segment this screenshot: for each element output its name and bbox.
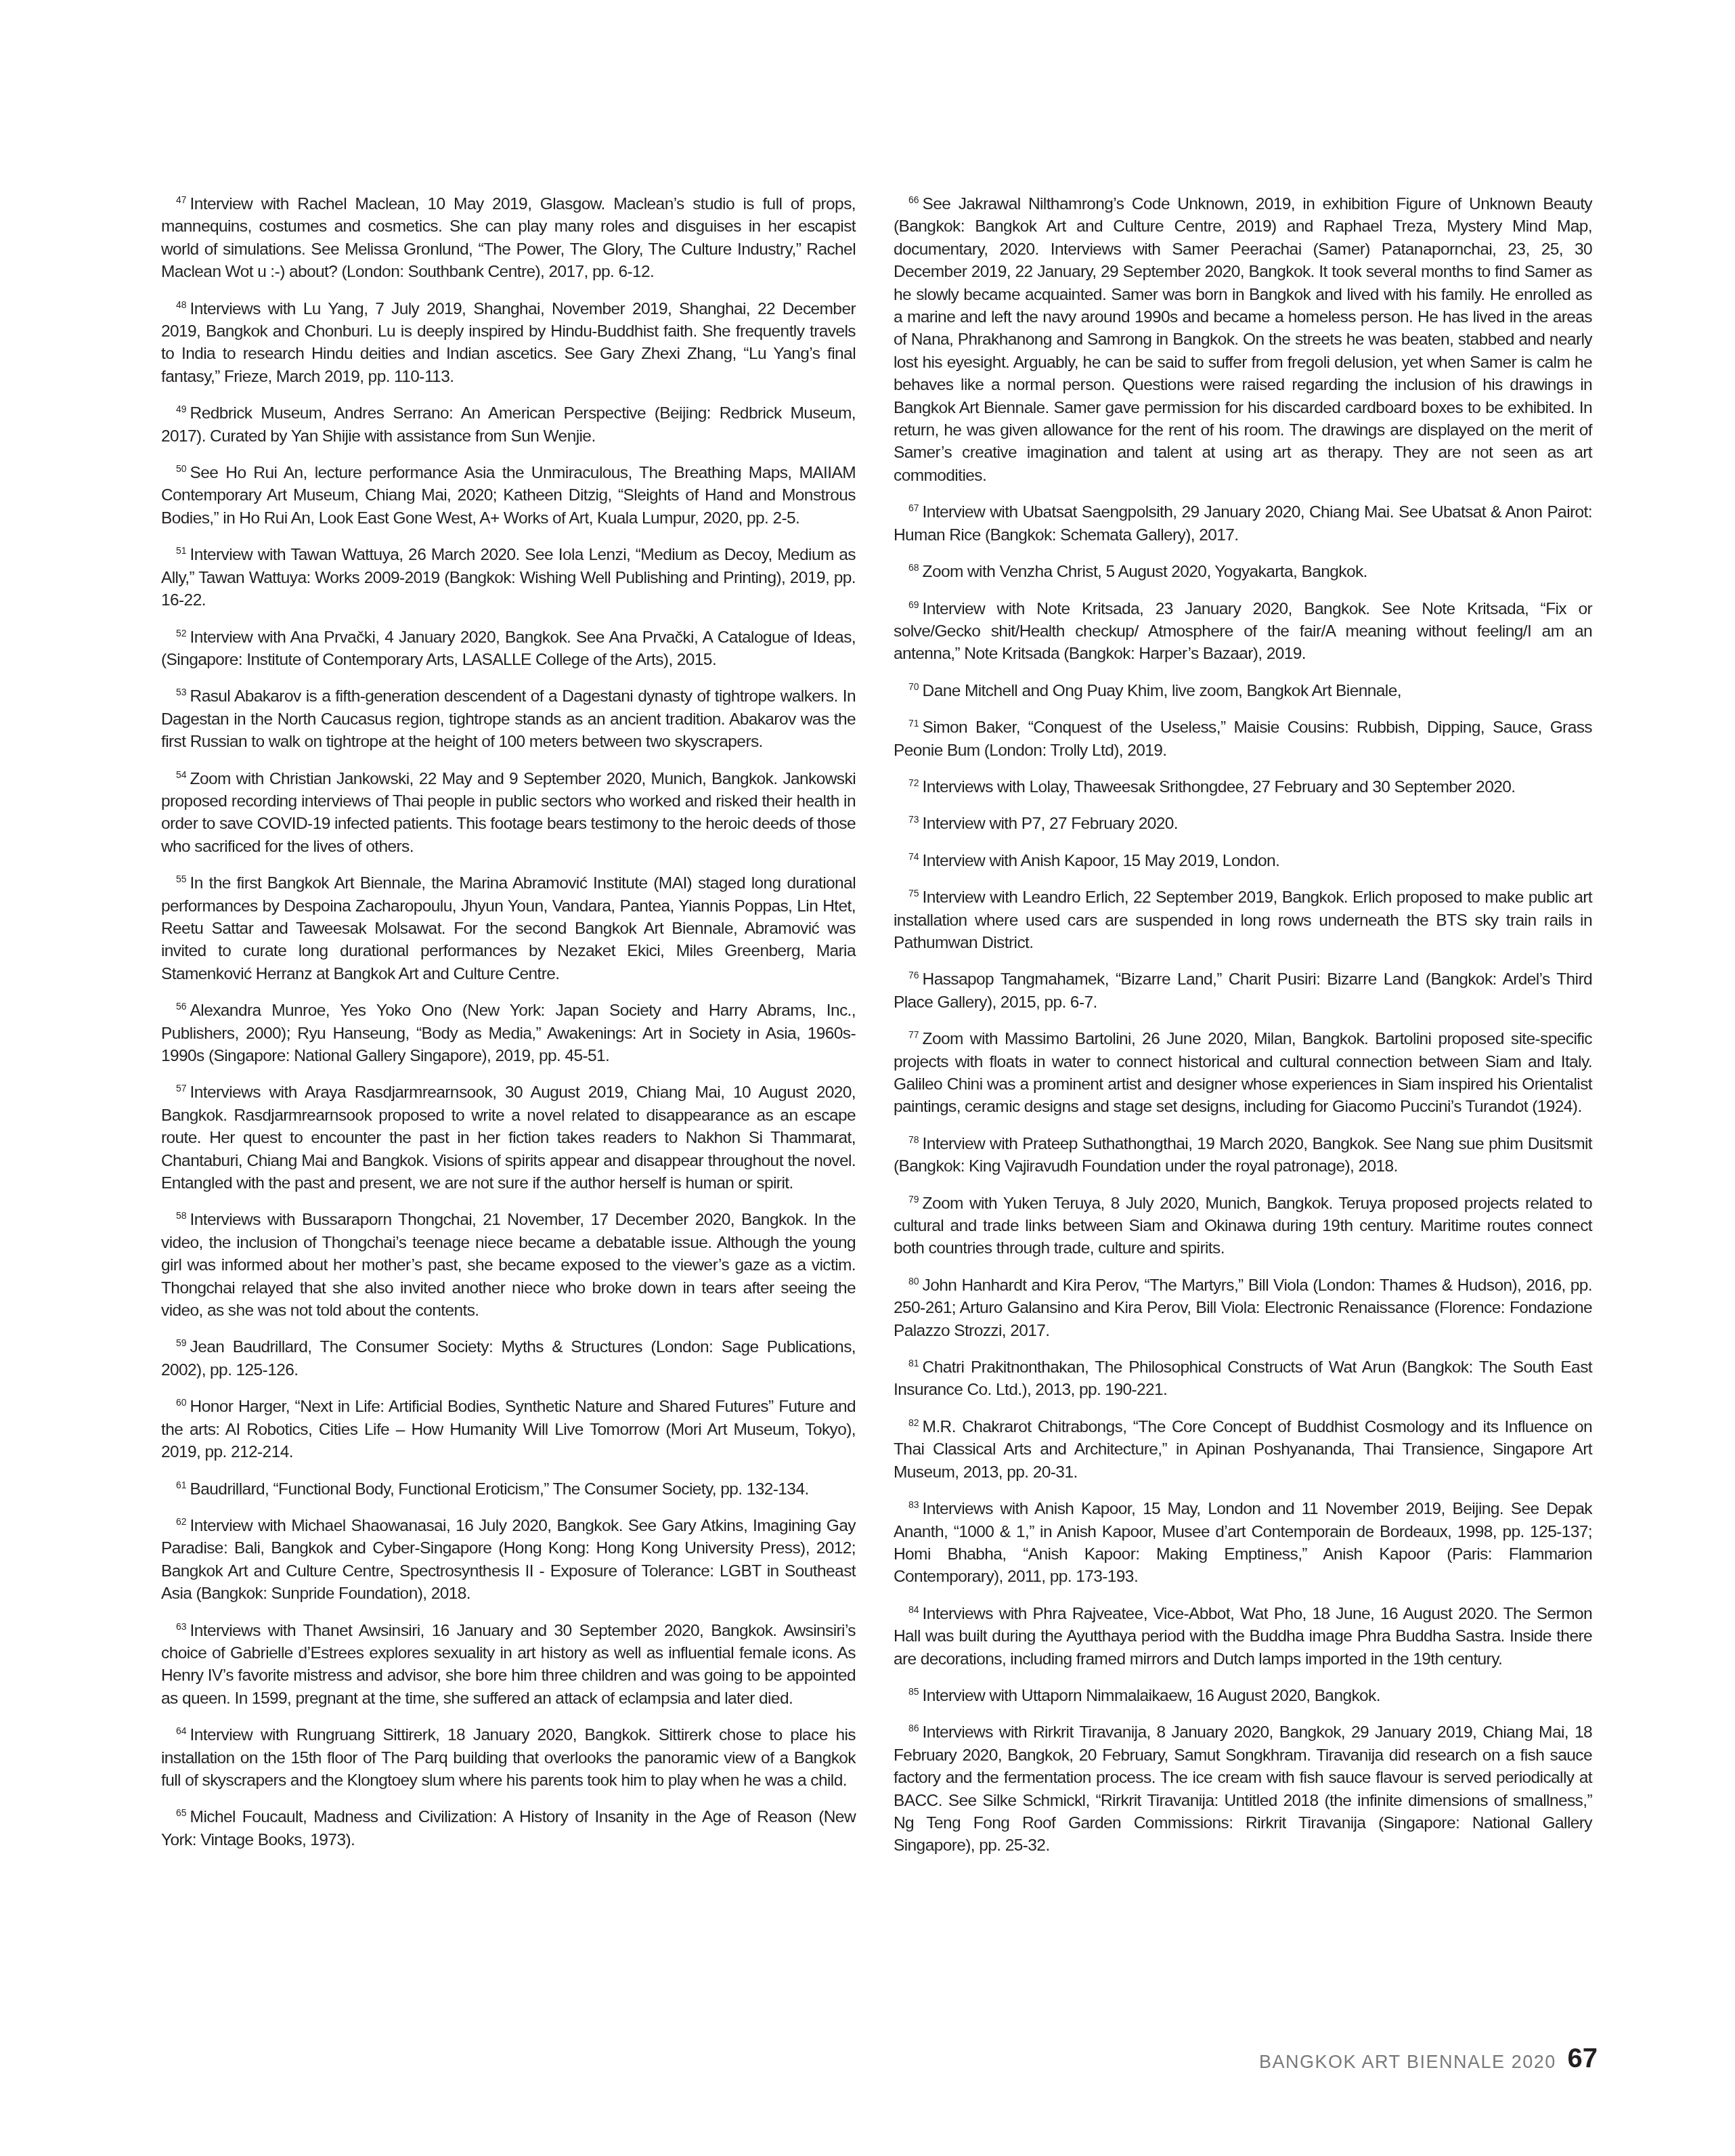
endnote-number: 72 [908, 777, 919, 788]
endnote-77: 77Zoom with Massimo Bartolini, 26 June 2… [894, 1028, 1592, 1119]
endnote-number: 67 [908, 502, 919, 513]
endnote-number: 57 [176, 1083, 187, 1094]
endnote-text: Honor Harger, “Next in Life: Artificial … [161, 1398, 856, 1461]
endnote-84: 84Interviews with Phra Rajveatee, Vice-A… [894, 1603, 1592, 1670]
endnote-number: 58 [176, 1210, 187, 1221]
endnote-number: 63 [176, 1621, 187, 1632]
endnote-text: Interview with Michael Shaowanasai, 16 J… [161, 1517, 856, 1603]
endnote-text: Interviews with Lolay, Thaweesak Srithon… [923, 778, 1516, 796]
endnote-70: 70Dane Mitchell and Ong Puay Khim, live … [894, 680, 1592, 702]
endnote-78: 78Interview with Prateep Suthathongthai,… [894, 1133, 1592, 1178]
endnote-83: 83Interviews with Anish Kapoor, 15 May, … [894, 1498, 1592, 1589]
endnote-number: 51 [176, 545, 187, 556]
endnote-text: Zoom with Venzha Christ, 5 August 2020, … [923, 563, 1367, 581]
page-footer: BANGKOK ART BIENNALE 2020 67 [1259, 2044, 1598, 2084]
endnote-number: 78 [908, 1134, 919, 1145]
endnote-text: See Ho Rui An, lecture performance Asia … [161, 464, 856, 527]
endnote-number: 77 [908, 1029, 919, 1040]
endnote-text: Baudrillard, “Functional Body, Functiona… [190, 1480, 809, 1499]
endnote-59: 59Jean Baudrillard, The Consumer Society… [161, 1336, 856, 1381]
endnote-47: 47Interview with Rachel Maclean, 10 May … [161, 193, 856, 284]
endnote-text: Interviews with Araya Rasdjarmrearnsook,… [161, 1083, 856, 1192]
endnote-number: 85 [908, 1686, 919, 1697]
endnote-number: 68 [908, 562, 919, 573]
endnote-65: 65Michel Foucault, Madness and Civilizat… [161, 1806, 856, 1851]
endnote-66: 66See Jakrawal Nilthamrong’s Code Unknow… [894, 193, 1592, 487]
endnote-number: 76 [908, 970, 919, 980]
endnote-53: 53Rasul Abakarov is a fifth-generation d… [161, 685, 856, 753]
endnote-text: Interviews with Thanet Awsinsiri, 16 Jan… [161, 1622, 856, 1708]
endnote-text: Interview with Leandro Erlich, 22 Septem… [894, 888, 1592, 952]
endnote-48: 48Interviews with Lu Yang, 7 July 2019, … [161, 298, 856, 389]
endnote-number: 55 [176, 874, 187, 884]
endnote-text: M.R. Chakrarot Chitrabongs, “The Core Co… [894, 1418, 1592, 1482]
endnote-82: 82M.R. Chakrarot Chitrabongs, “The Core … [894, 1416, 1592, 1484]
endnote-number: 71 [908, 718, 919, 729]
endnote-54: 54Zoom with Christian Jankowski, 22 May … [161, 768, 856, 859]
endnotes-right-column: 66See Jakrawal Nilthamrong’s Code Unknow… [894, 193, 1592, 1872]
endnote-number: 53 [176, 687, 187, 697]
endnote-50: 50See Ho Rui An, lecture performance Asi… [161, 462, 856, 530]
endnote-74: 74Interview with Anish Kapoor, 15 May 20… [894, 850, 1592, 872]
endnote-60: 60Honor Harger, “Next in Life: Artificia… [161, 1396, 856, 1463]
endnote-number: 61 [176, 1480, 187, 1490]
endnote-number: 60 [176, 1397, 187, 1408]
endnote-text: Interview with Tawan Wattuya, 26 March 2… [161, 546, 856, 609]
endnote-number: 86 [908, 1723, 919, 1733]
endnote-text: Interview with Rachel Maclean, 10 May 20… [161, 195, 856, 281]
endnote-number: 84 [908, 1604, 919, 1615]
endnote-text: Hassapop Tangmahamek, “Bizarre Land,” Ch… [894, 970, 1592, 1011]
endnote-text: Redbrick Museum, Andres Serrano: An Amer… [161, 404, 856, 445]
endnote-number: 73 [908, 814, 919, 825]
endnote-number: 80 [908, 1276, 919, 1287]
endnote-79: 79Zoom with Yuken Teruya, 8 July 2020, M… [894, 1192, 1592, 1260]
endnote-text: John Hanhardt and Kira Perov, “The Marty… [894, 1276, 1592, 1340]
endnote-69: 69Interview with Note Kritsada, 23 Janua… [894, 598, 1592, 666]
endnote-text: Interview with Note Kritsada, 23 January… [894, 600, 1592, 664]
endnote-76: 76Hassapop Tangmahamek, “Bizarre Land,” … [894, 968, 1592, 1014]
endnote-63: 63Interviews with Thanet Awsinsiri, 16 J… [161, 1620, 856, 1710]
endnote-75: 75Interview with Leandro Erlich, 22 Sept… [894, 886, 1592, 954]
endnote-56: 56Alexandra Munroe, Yes Yoko Ono (New Yo… [161, 999, 856, 1067]
endnote-58: 58Interviews with Bussaraporn Thongchai,… [161, 1209, 856, 1322]
endnote-text: Dane Mitchell and Ong Puay Khim, live zo… [923, 682, 1401, 700]
endnote-73: 73Interview with P7, 27 February 2020. [894, 813, 1592, 835]
endnote-text: Interviews with Rirkrit Tiravanija, 8 Ja… [894, 1723, 1592, 1855]
endnote-text: Interview with Prateep Suthathongthai, 1… [894, 1135, 1592, 1176]
endnotes-left-column: 47Interview with Rachel Maclean, 10 May … [161, 193, 856, 1866]
endnote-text: Zoom with Massimo Bartolini, 26 June 202… [894, 1030, 1592, 1116]
endnote-number: 59 [176, 1337, 187, 1348]
endnote-72: 72Interviews with Lolay, Thaweesak Srith… [894, 776, 1592, 798]
endnote-85: 85Interview with Uttaporn Nimmalaikaew, … [894, 1685, 1592, 1707]
endnote-number: 47 [176, 194, 187, 205]
page-number: 67 [1568, 2044, 1598, 2074]
endnote-text: Jean Baudrillard, The Consumer Society: … [161, 1338, 856, 1379]
endnote-number: 79 [908, 1194, 919, 1205]
endnote-text: Interview with Anish Kapoor, 15 May 2019… [923, 852, 1280, 870]
endnote-86: 86Interviews with Rirkrit Tiravanija, 8 … [894, 1721, 1592, 1857]
endnote-57: 57Interviews with Araya Rasdjarmrearnsoo… [161, 1081, 856, 1194]
endnote-text: Interview with Ubatsat Saengpolsith, 29 … [894, 503, 1592, 544]
endnote-80: 80John Hanhardt and Kira Perov, “The Mar… [894, 1274, 1592, 1342]
endnote-text: Simon Baker, “Conquest of the Useless,” … [894, 718, 1592, 759]
endnote-number: 82 [908, 1417, 919, 1428]
endnote-number: 81 [908, 1358, 919, 1368]
endnote-68: 68Zoom with Venzha Christ, 5 August 2020… [894, 561, 1592, 583]
endnote-67: 67Interview with Ubatsat Saengpolsith, 2… [894, 501, 1592, 546]
endnote-number: 56 [176, 1001, 187, 1012]
endnote-number: 50 [176, 463, 187, 474]
endnote-text: Alexandra Munroe, Yes Yoko Ono (New York… [161, 1001, 856, 1065]
endnote-text: Michel Foucault, Madness and Civilizatio… [161, 1808, 856, 1849]
endnote-text: Chatri Prakitnonthakan, The Philosophica… [894, 1358, 1592, 1399]
endnote-text: Zoom with Christian Jankowski, 22 May an… [161, 770, 856, 856]
endnote-text: Interview with Uttaporn Nimmalaikaew, 16… [923, 1687, 1380, 1705]
endnote-text: Interview with Rungruang Sittirerk, 18 J… [161, 1726, 856, 1790]
endnote-text: In the first Bangkok Art Biennale, the M… [161, 874, 856, 983]
document-page: 47Interview with Rachel Maclean, 10 May … [0, 0, 1735, 2156]
endnote-text: Zoom with Yuken Teruya, 8 July 2020, Mun… [894, 1194, 1592, 1258]
endnote-number: 48 [176, 299, 187, 310]
endnote-number: 69 [908, 599, 919, 610]
endnote-text: Interview with Ana Prvački, 4 January 20… [161, 628, 856, 669]
endnote-number: 75 [908, 888, 919, 899]
endnote-number: 66 [908, 194, 919, 205]
endnote-number: 65 [176, 1807, 187, 1818]
endnote-number: 62 [176, 1516, 187, 1527]
running-title: BANGKOK ART BIENNALE 2020 [1259, 2052, 1556, 2073]
endnote-text: Interviews with Bussaraporn Thongchai, 2… [161, 1211, 856, 1320]
endnote-number: 64 [176, 1725, 187, 1736]
endnote-text: Rasul Abakarov is a fifth-generation des… [161, 687, 856, 751]
endnote-81: 81Chatri Prakitnonthakan, The Philosophi… [894, 1356, 1592, 1402]
endnote-number: 74 [908, 851, 919, 862]
endnote-text: Interviews with Anish Kapoor, 15 May, Lo… [894, 1500, 1592, 1586]
endnote-number: 83 [908, 1499, 919, 1510]
endnote-51: 51Interview with Tawan Wattuya, 26 March… [161, 544, 856, 611]
endnote-number: 49 [176, 404, 187, 414]
endnote-64: 64Interview with Rungruang Sittirerk, 18… [161, 1724, 856, 1792]
endnote-62: 62Interview with Michael Shaowanasai, 16… [161, 1515, 856, 1605]
endnote-text: Interview with P7, 27 February 2020. [923, 815, 1178, 833]
endnote-text: See Jakrawal Nilthamrong’s Code Unknown,… [894, 195, 1592, 485]
endnote-text: Interviews with Phra Rajveatee, Vice-Abb… [894, 1605, 1592, 1668]
endnote-61: 61Baudrillard, “Functional Body, Functio… [161, 1478, 856, 1501]
endnote-text: Interviews with Lu Yang, 7 July 2019, Sh… [161, 300, 856, 386]
endnote-55: 55In the first Bangkok Art Biennale, the… [161, 872, 856, 985]
endnote-71: 71Simon Baker, “Conquest of the Useless,… [894, 716, 1592, 762]
endnote-number: 52 [176, 628, 187, 639]
endnote-number: 70 [908, 681, 919, 692]
endnote-number: 54 [176, 769, 187, 780]
endnote-49: 49Redbrick Museum, Andres Serrano: An Am… [161, 402, 856, 448]
endnote-52: 52Interview with Ana Prvački, 4 January … [161, 626, 856, 672]
